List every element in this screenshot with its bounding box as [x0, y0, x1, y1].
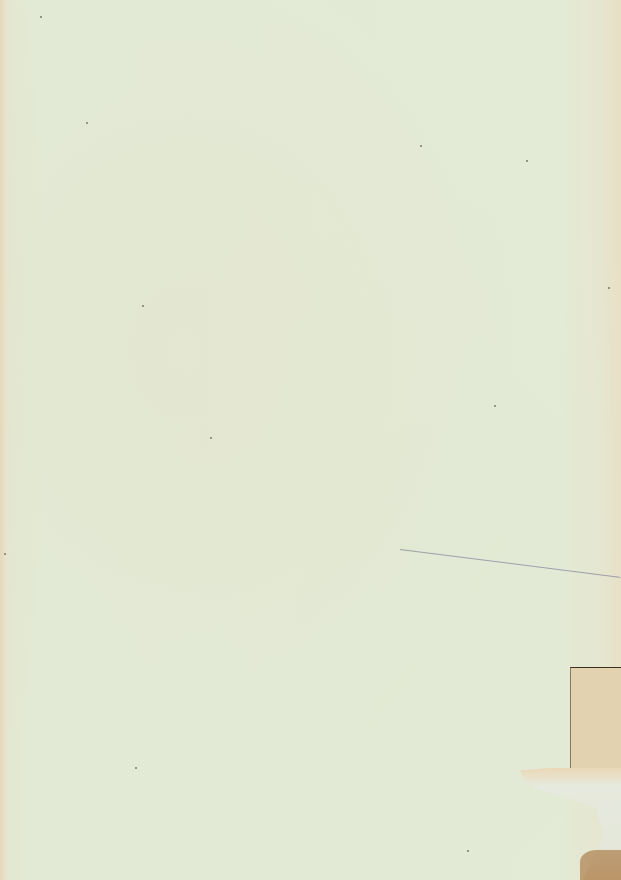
pencil-mark [400, 549, 620, 578]
paper-speck [4, 553, 6, 555]
paper-speck [494, 405, 496, 407]
label-remnant [570, 667, 621, 770]
paper-speck [142, 305, 144, 307]
paper-speck [420, 145, 422, 147]
paper-speck [467, 850, 469, 852]
paper-stain [580, 850, 621, 880]
paper-speck [526, 160, 528, 162]
paper-speck [135, 767, 137, 769]
paper-speck [40, 16, 42, 18]
paper-speck [86, 122, 88, 124]
paper-speck [210, 437, 212, 439]
paper-speck [608, 287, 610, 289]
scanned-blank-page [0, 0, 621, 880]
page-edge-shadow [0, 0, 6, 880]
